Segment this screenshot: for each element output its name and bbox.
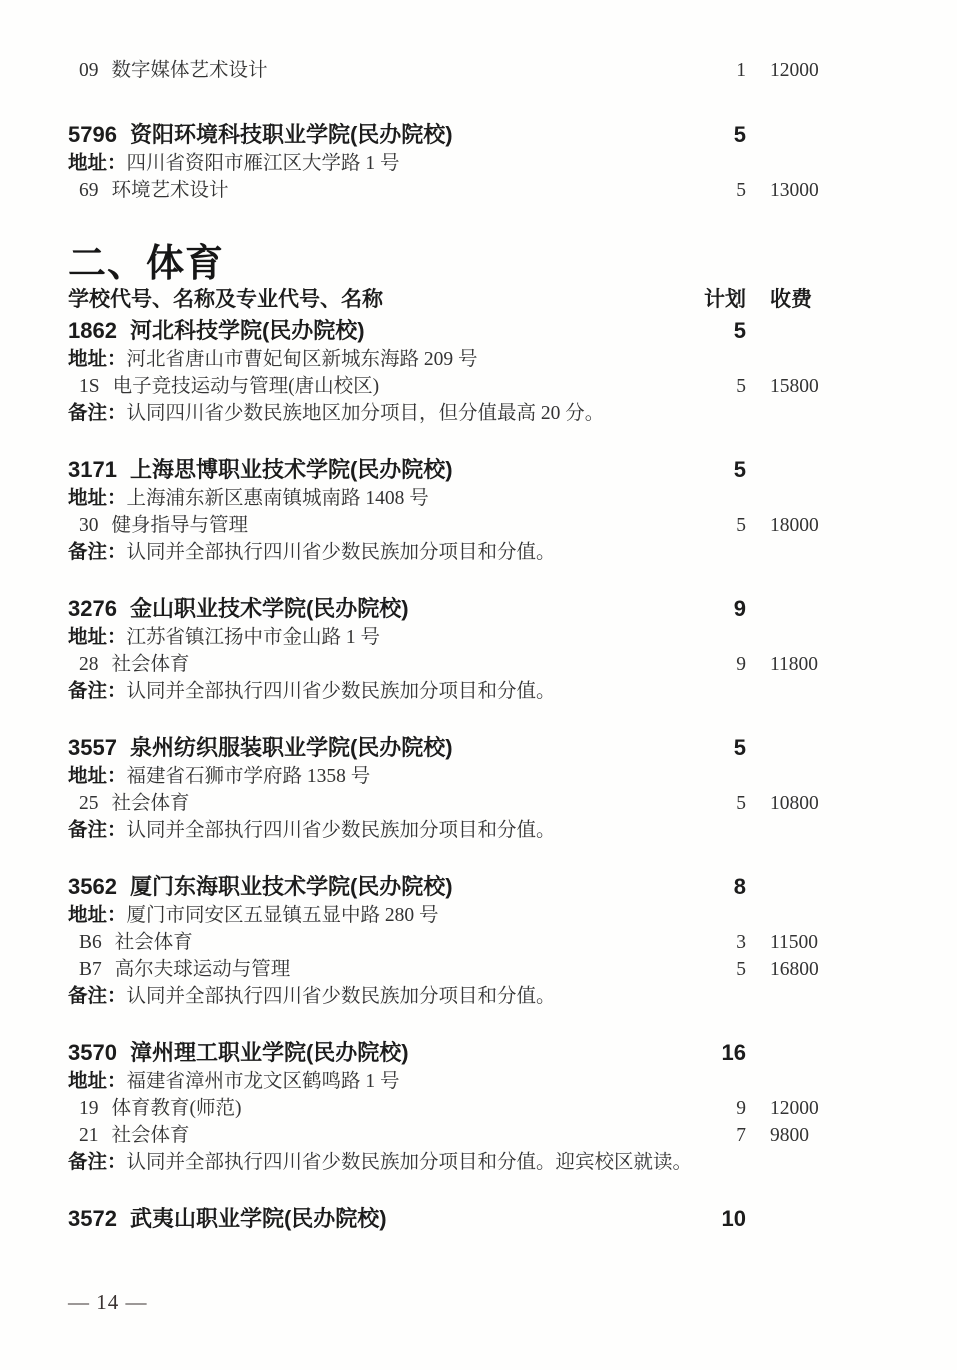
major-name: B7高尔夫球运动与管理	[68, 956, 700, 983]
school-block: 3171上海思博职业技术学院(民办院校) 5 地址：上海浦东新区惠南镇城南路 1…	[68, 455, 880, 566]
major-code: 09	[79, 60, 99, 81]
major-code: 25	[79, 793, 99, 814]
major-name: 1S电子竞技运动与管理(唐山校区)	[68, 373, 700, 400]
school-title: 武夷山职业学院(民办院校)	[130, 1206, 387, 1231]
school-row: 5796资阳环境科技职业学院(民办院校) 5	[68, 120, 880, 150]
major-name: 28社会体育	[68, 651, 700, 678]
address-text: 河北省唐山市曹妃甸区新城东海路 209 号	[127, 349, 478, 370]
school-code: 3171	[68, 457, 117, 482]
school-name: 1862河北科技学院(民办院校)	[68, 316, 700, 346]
address-label: 地址：	[68, 152, 127, 174]
major-row: 19体育教育(师范) 9 12000	[68, 1095, 880, 1122]
major-code: 69	[79, 180, 99, 201]
plan-cell: 1	[700, 57, 770, 84]
column-header-name: 学校代号、名称及专业代号、名称	[68, 286, 700, 314]
school-code: 3572	[68, 1206, 117, 1231]
school-row: 3572武夷山职业学院(民办院校) 10	[68, 1204, 880, 1234]
fee-cell: 16800	[770, 956, 880, 983]
plan-cell: 5	[700, 733, 770, 763]
address-row: 地址：福建省石狮市学府路 1358 号	[68, 763, 880, 790]
plan-cell: 5	[700, 790, 770, 817]
address-label: 地址：	[68, 904, 127, 926]
school-row: 1862河北科技学院(民办院校) 5	[68, 316, 880, 346]
table-header: 学校代号、名称及专业代号、名称 计划 收费	[68, 286, 880, 314]
address-label: 地址：	[68, 765, 127, 787]
school-code: 3276	[68, 596, 117, 621]
note-text: 认同并全部执行四川省少数民族加分项目和分值。	[127, 542, 556, 563]
school-code: 3570	[68, 1040, 117, 1065]
plan-cell: 16	[700, 1038, 770, 1068]
note-text: 认同四川省少数民族地区加分项目，但分值最高 20 分。	[127, 403, 605, 424]
note-text: 认同并全部执行四川省少数民族加分项目和分值。迎宾校区就读。	[127, 1152, 693, 1173]
major-code: 1S	[79, 376, 100, 397]
address-row: 地址：河北省唐山市曹妃甸区新城东海路 209 号	[68, 346, 880, 373]
column-header-plan: 计划	[700, 286, 770, 314]
note-label: 备注：	[68, 985, 127, 1007]
major-row: 30健身指导与管理 5 18000	[68, 512, 880, 539]
major-name: 09数字媒体艺术设计	[68, 57, 700, 84]
plan-cell: 9	[700, 1095, 770, 1122]
school-title: 厦门东海职业技术学院(民办院校)	[130, 874, 453, 899]
school-block: 3557泉州纺织服装职业学院(民办院校) 5 地址：福建省石狮市学府路 1358…	[68, 733, 880, 844]
fee-cell: 18000	[770, 512, 880, 539]
address-row: 地址：福建省漳州市龙文区鹤鸣路 1 号	[68, 1068, 880, 1095]
major-name: 30健身指导与管理	[68, 512, 700, 539]
school-name: 3171上海思博职业技术学院(民办院校)	[68, 455, 700, 485]
note-label: 备注：	[68, 402, 127, 424]
major-row: 21社会体育 7 9800	[68, 1122, 880, 1149]
plan-cell: 9	[700, 594, 770, 624]
major-code: 19	[79, 1098, 99, 1119]
plan-cell: 8	[700, 872, 770, 902]
school-row: 3276金山职业技术学院(民办院校) 9	[68, 594, 880, 624]
major-title: 体育教育(师范)	[112, 1098, 242, 1119]
school-name: 3557泉州纺织服装职业学院(民办院校)	[68, 733, 700, 763]
document-page: 09数字媒体艺术设计 1 12000 5796资阳环境科技职业学院(民办院校) …	[0, 0, 957, 1370]
address-row: 地址：上海浦东新区惠南镇城南路 1408 号	[68, 485, 880, 512]
plan-cell: 5	[700, 512, 770, 539]
plan-cell: 5	[700, 373, 770, 400]
school-row: 3570漳州理工职业学院(民办院校) 16	[68, 1038, 880, 1068]
page-content: 09数字媒体艺术设计 1 12000 5796资阳环境科技职业学院(民办院校) …	[0, 0, 957, 1234]
plan-cell: 5	[700, 455, 770, 485]
school-name: 3562厦门东海职业技术学院(民办院校)	[68, 872, 700, 902]
major-title: 电子竞技运动与管理(唐山校区)	[113, 376, 380, 397]
school-title: 资阳环境科技职业学院(民办院校)	[130, 122, 453, 147]
major-title: 社会体育	[112, 654, 190, 675]
address-text: 福建省漳州市龙文区鹤鸣路 1 号	[127, 1071, 400, 1092]
school-row: 3557泉州纺织服装职业学院(民办院校) 5	[68, 733, 880, 763]
fee-cell: 11800	[770, 651, 880, 678]
address-label: 地址：	[68, 626, 127, 648]
note-row: 备注：认同并全部执行四川省少数民族加分项目和分值。	[68, 817, 880, 844]
plan-cell: 5	[700, 956, 770, 983]
major-row: 09数字媒体艺术设计 1 12000	[68, 57, 880, 84]
fee-cell: 9800	[770, 1122, 880, 1149]
note-row: 备注：认同并全部执行四川省少数民族加分项目和分值。	[68, 983, 880, 1010]
major-row: B6社会体育 3 11500	[68, 929, 880, 956]
major-row: 69环境艺术设计 5 13000	[68, 177, 880, 204]
fee-cell: 15800	[770, 373, 880, 400]
major-name: 19体育教育(师范)	[68, 1095, 700, 1122]
major-code: B7	[79, 959, 102, 980]
note-text: 认同并全部执行四川省少数民族加分项目和分值。	[127, 681, 556, 702]
major-name: 25社会体育	[68, 790, 700, 817]
note-label: 备注：	[68, 1151, 127, 1173]
section-title: 二、体育	[68, 242, 880, 286]
address-text: 厦门市同安区五显镇五显中路 280 号	[127, 905, 439, 926]
school-block: 3276金山职业技术学院(民办院校) 9 地址：江苏省镇江扬中市金山路 1 号 …	[68, 594, 880, 705]
school-title: 上海思博职业技术学院(民办院校)	[130, 457, 453, 482]
note-text: 认同并全部执行四川省少数民族加分项目和分值。	[127, 820, 556, 841]
major-code: B6	[79, 932, 102, 953]
plan-cell: 10	[700, 1204, 770, 1234]
major-name: B6社会体育	[68, 929, 700, 956]
address-row: 地址：厦门市同安区五显镇五显中路 280 号	[68, 902, 880, 929]
fee-cell: 12000	[770, 1095, 880, 1122]
fee-cell: 12000	[770, 57, 880, 84]
note-row: 备注：认同并全部执行四川省少数民族加分项目和分值。	[68, 678, 880, 705]
plan-cell: 5	[700, 177, 770, 204]
major-name: 69环境艺术设计	[68, 177, 700, 204]
major-row: B7高尔夫球运动与管理 5 16800	[68, 956, 880, 983]
address-row: 地址：江苏省镇江扬中市金山路 1 号	[68, 624, 880, 651]
plan-cell: 3	[700, 929, 770, 956]
school-block: 1862河北科技学院(民办院校) 5 地址：河北省唐山市曹妃甸区新城东海路 20…	[68, 316, 880, 427]
fee-cell: 11500	[770, 929, 880, 956]
plan-cell: 9	[700, 651, 770, 678]
school-name: 3572武夷山职业学院(民办院校)	[68, 1204, 700, 1234]
school-code: 1862	[68, 318, 117, 343]
major-name: 21社会体育	[68, 1122, 700, 1149]
school-row: 3562厦门东海职业技术学院(民办院校) 8	[68, 872, 880, 902]
major-title: 健身指导与管理	[112, 515, 249, 536]
major-row: 28社会体育 9 11800	[68, 651, 880, 678]
address-label: 地址：	[68, 348, 127, 370]
school-code: 5796	[68, 122, 117, 147]
major-title: 环境艺术设计	[112, 180, 229, 201]
school-title: 河北科技学院(民办院校)	[130, 318, 365, 343]
major-code: 28	[79, 654, 99, 675]
note-label: 备注：	[68, 541, 127, 563]
major-title: 社会体育	[115, 932, 193, 953]
major-title: 数字媒体艺术设计	[112, 60, 268, 81]
address-label: 地址：	[68, 1070, 127, 1092]
note-row: 备注：认同四川省少数民族地区加分项目，但分值最高 20 分。	[68, 400, 880, 427]
plan-cell: 5	[700, 316, 770, 346]
school-code: 3562	[68, 874, 117, 899]
address-text: 四川省资阳市雁江区大学路 1 号	[127, 153, 400, 174]
address-text: 福建省石狮市学府路 1358 号	[127, 766, 371, 787]
address-row: 地址：四川省资阳市雁江区大学路 1 号	[68, 150, 880, 177]
school-name: 3276金山职业技术学院(民办院校)	[68, 594, 700, 624]
major-title: 社会体育	[112, 793, 190, 814]
note-label: 备注：	[68, 819, 127, 841]
school-name: 3570漳州理工职业学院(民办院校)	[68, 1038, 700, 1068]
column-header-fee: 收费	[770, 286, 880, 314]
school-title: 泉州纺织服装职业学院(民办院校)	[130, 735, 453, 760]
fee-cell: 10800	[770, 790, 880, 817]
note-text: 认同并全部执行四川省少数民族加分项目和分值。	[127, 986, 556, 1007]
major-row: 1S电子竞技运动与管理(唐山校区) 5 15800	[68, 373, 880, 400]
school-row: 3171上海思博职业技术学院(民办院校) 5	[68, 455, 880, 485]
major-title: 高尔夫球运动与管理	[115, 959, 291, 980]
school-block: 3562厦门东海职业技术学院(民办院校) 8 地址：厦门市同安区五显镇五显中路 …	[68, 872, 880, 1010]
major-code: 30	[79, 515, 99, 536]
address-text: 江苏省镇江扬中市金山路 1 号	[127, 627, 381, 648]
school-block: 5796资阳环境科技职业学院(民办院校) 5 地址：四川省资阳市雁江区大学路 1…	[68, 120, 880, 204]
plan-cell: 5	[700, 120, 770, 150]
school-name: 5796资阳环境科技职业学院(民办院校)	[68, 120, 700, 150]
school-title: 金山职业技术学院(民办院校)	[130, 596, 409, 621]
note-row: 备注：认同并全部执行四川省少数民族加分项目和分值。	[68, 539, 880, 566]
major-row: 25社会体育 5 10800	[68, 790, 880, 817]
school-block: 3572武夷山职业学院(民办院校) 10	[68, 1204, 880, 1234]
school-block: 3570漳州理工职业学院(民办院校) 16 地址：福建省漳州市龙文区鹤鸣路 1 …	[68, 1038, 880, 1176]
page-number: — 14 —	[68, 1290, 148, 1314]
address-label: 地址：	[68, 487, 127, 509]
major-title: 社会体育	[112, 1125, 190, 1146]
school-code: 3557	[68, 735, 117, 760]
note-row: 备注：认同并全部执行四川省少数民族加分项目和分值。迎宾校区就读。	[68, 1149, 880, 1176]
note-label: 备注：	[68, 680, 127, 702]
fee-cell: 13000	[770, 177, 880, 204]
major-code: 21	[79, 1125, 99, 1146]
address-text: 上海浦东新区惠南镇城南路 1408 号	[127, 488, 429, 509]
plan-cell: 7	[700, 1122, 770, 1149]
school-title: 漳州理工职业学院(民办院校)	[130, 1040, 409, 1065]
